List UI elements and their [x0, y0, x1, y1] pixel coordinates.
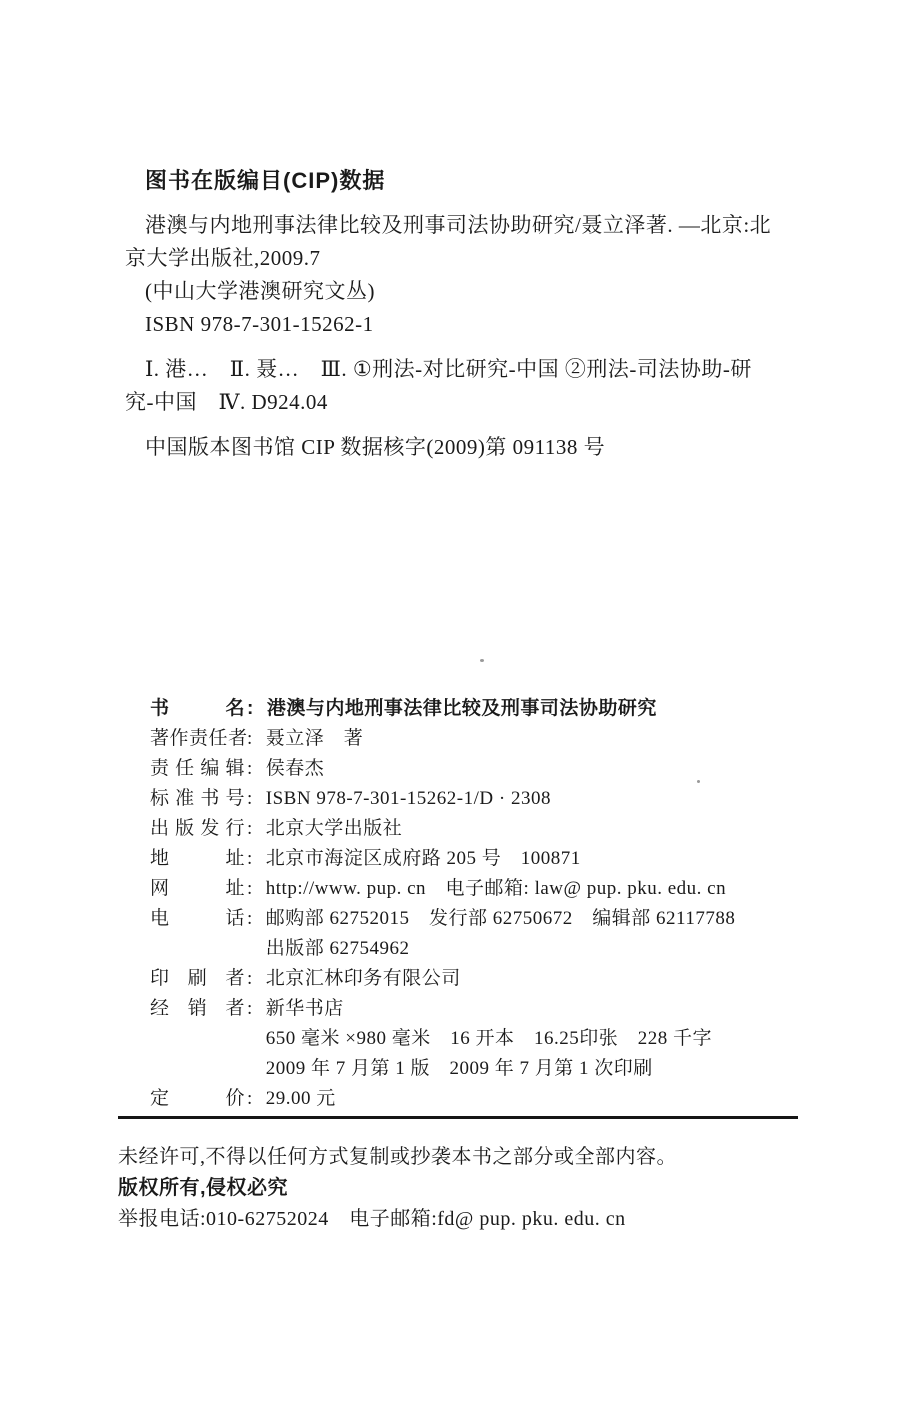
- colophon-row: 书名:港澳与内地刑事法律比较及刑事司法协助研究: [150, 694, 844, 724]
- cip-series-note: (中山大学港澳研究文丛): [145, 275, 844, 308]
- colophon-colon: :: [247, 844, 253, 874]
- colophon-rows: 书名:港澳与内地刑事法律比较及刑事司法协助研究著作责任者:聂立泽 著责任编辑:侯…: [150, 694, 844, 1114]
- colophon-label: 网址: [150, 874, 245, 904]
- colophon-colon: :: [247, 904, 253, 934]
- colophon-row: :出版部 62754962: [150, 934, 844, 964]
- notice-report-contact-line: 举报电话:010-62752024 电子邮箱:fd@ pup. pku. edu…: [118, 1204, 844, 1235]
- colophon-colon: :: [247, 994, 253, 1024]
- colophon-value: 聂立泽 著: [266, 724, 364, 754]
- colophon-colon: :: [247, 964, 253, 994]
- colophon-label: 电话: [150, 904, 245, 934]
- colophon-label: 书名: [150, 694, 245, 724]
- colophon-section: 书名:港澳与内地刑事法律比较及刑事司法协助研究著作责任者:聂立泽 著责任编辑:侯…: [150, 694, 844, 1114]
- colophon-colon: :: [247, 724, 253, 754]
- notice-rights-reserved-line: 版权所有,侵权必究: [118, 1173, 844, 1204]
- colophon-label: [150, 1024, 245, 1054]
- colophon-label: [150, 934, 245, 964]
- cip-title-line2: 京大学出版社,2009.7: [125, 242, 844, 275]
- copyright-page: 图书在版编目(CIP)数据 港澳与内地刑事法律比较及刑事司法协助研究/聂立泽著.…: [0, 0, 904, 1419]
- cip-record-number: 中国版本图书馆 CIP 数据核字(2009)第 091138 号: [145, 431, 844, 464]
- colophon-row: 定价:29.00 元: [150, 1084, 844, 1114]
- colophon-value: 北京大学出版社: [266, 814, 403, 844]
- colophon-row: 印刷者:北京汇林印务有限公司: [150, 964, 844, 994]
- colophon-value: 侯春杰: [266, 754, 325, 784]
- colophon-colon: :: [247, 874, 253, 904]
- colophon-value: 29.00 元: [266, 1084, 336, 1114]
- colophon-value: 新华书店: [266, 994, 344, 1024]
- colophon-label: 定价: [150, 1084, 245, 1114]
- colophon-row: 网址:http://www. pup. cn 电子邮箱: law@ pup. p…: [150, 874, 844, 904]
- colophon-colon: :: [247, 694, 254, 724]
- colophon-value: 北京汇林印务有限公司: [266, 964, 461, 994]
- colophon-row: 责任编辑:侯春杰: [150, 754, 844, 784]
- cip-data-section: 图书在版编目(CIP)数据 港澳与内地刑事法律比较及刑事司法协助研究/聂立泽著.…: [118, 164, 844, 464]
- colophon-label: 印刷者: [150, 964, 245, 994]
- colophon-value: 650 毫米 ×980 毫米 16 开本 16.25印张 228 千字: [266, 1024, 712, 1054]
- colophon-row: 标准书号:ISBN 978-7-301-15262-1/D · 2308: [150, 784, 844, 814]
- copyright-notice-section: 未经许可,不得以任何方式复制或抄袭本书之部分或全部内容。 版权所有,侵权必究 举…: [118, 1142, 844, 1235]
- colophon-row: 出版发行:北京大学出版社: [150, 814, 844, 844]
- colophon-label: 经销者: [150, 994, 245, 1024]
- scan-speck: [697, 780, 700, 783]
- cip-classification-line1: Ⅰ. 港… Ⅱ. 聂… Ⅲ. ①刑法-对比研究-中国 ②刑法-司法协助-研: [145, 353, 844, 386]
- colophon-value: 出版部 62754962: [266, 934, 410, 964]
- colophon-label: 责任编辑: [150, 754, 245, 784]
- colophon-label: 地址: [150, 844, 245, 874]
- cip-classification-line2: 究-中国 Ⅳ. D924.04: [125, 386, 844, 419]
- colophon-colon: :: [247, 754, 253, 784]
- colophon-label: 标准书号: [150, 784, 245, 814]
- colophon-row: 电话:邮购部 62752015 发行部 62750672 编辑部 6211778…: [150, 904, 844, 934]
- colophon-row: 著作责任者:聂立泽 著: [150, 724, 844, 754]
- divider-rule: [118, 1116, 798, 1119]
- colophon-label: [150, 1054, 245, 1084]
- colophon-value: 邮购部 62752015 发行部 62750672 编辑部 62117788: [266, 904, 736, 934]
- cip-heading: 图书在版编目(CIP)数据: [145, 164, 844, 197]
- colophon-row: :650 毫米 ×980 毫米 16 开本 16.25印张 228 千字: [150, 1024, 844, 1054]
- notice-no-copy-line: 未经许可,不得以任何方式复制或抄袭本书之部分或全部内容。: [118, 1142, 844, 1173]
- colophon-label: 著作责任者: [150, 724, 245, 754]
- colophon-colon: :: [247, 1084, 253, 1114]
- colophon-row: 经销者:新华书店: [150, 994, 844, 1024]
- cip-title-line1: 港澳与内地刑事法律比较及刑事司法协助研究/聂立泽著. —北京:北: [145, 209, 844, 242]
- colophon-value: 港澳与内地刑事法律比较及刑事司法协助研究: [267, 694, 657, 724]
- colophon-value: 2009 年 7 月第 1 版 2009 年 7 月第 1 次印刷: [266, 1054, 653, 1084]
- colophon-value: http://www. pup. cn 电子邮箱: law@ pup. pku.…: [266, 874, 726, 904]
- colophon-row: 地址:北京市海淀区成府路 205 号 100871: [150, 844, 844, 874]
- colophon-colon: :: [247, 784, 253, 814]
- colophon-label: 出版发行: [150, 814, 245, 844]
- colophon-value: ISBN 978-7-301-15262-1/D · 2308: [266, 784, 551, 814]
- colophon-colon: :: [247, 814, 253, 844]
- colophon-value: 北京市海淀区成府路 205 号 100871: [266, 844, 581, 874]
- cip-isbn: ISBN 978-7-301-15262-1: [145, 308, 844, 341]
- scan-speck: [480, 659, 484, 662]
- colophon-row: :2009 年 7 月第 1 版 2009 年 7 月第 1 次印刷: [150, 1054, 844, 1084]
